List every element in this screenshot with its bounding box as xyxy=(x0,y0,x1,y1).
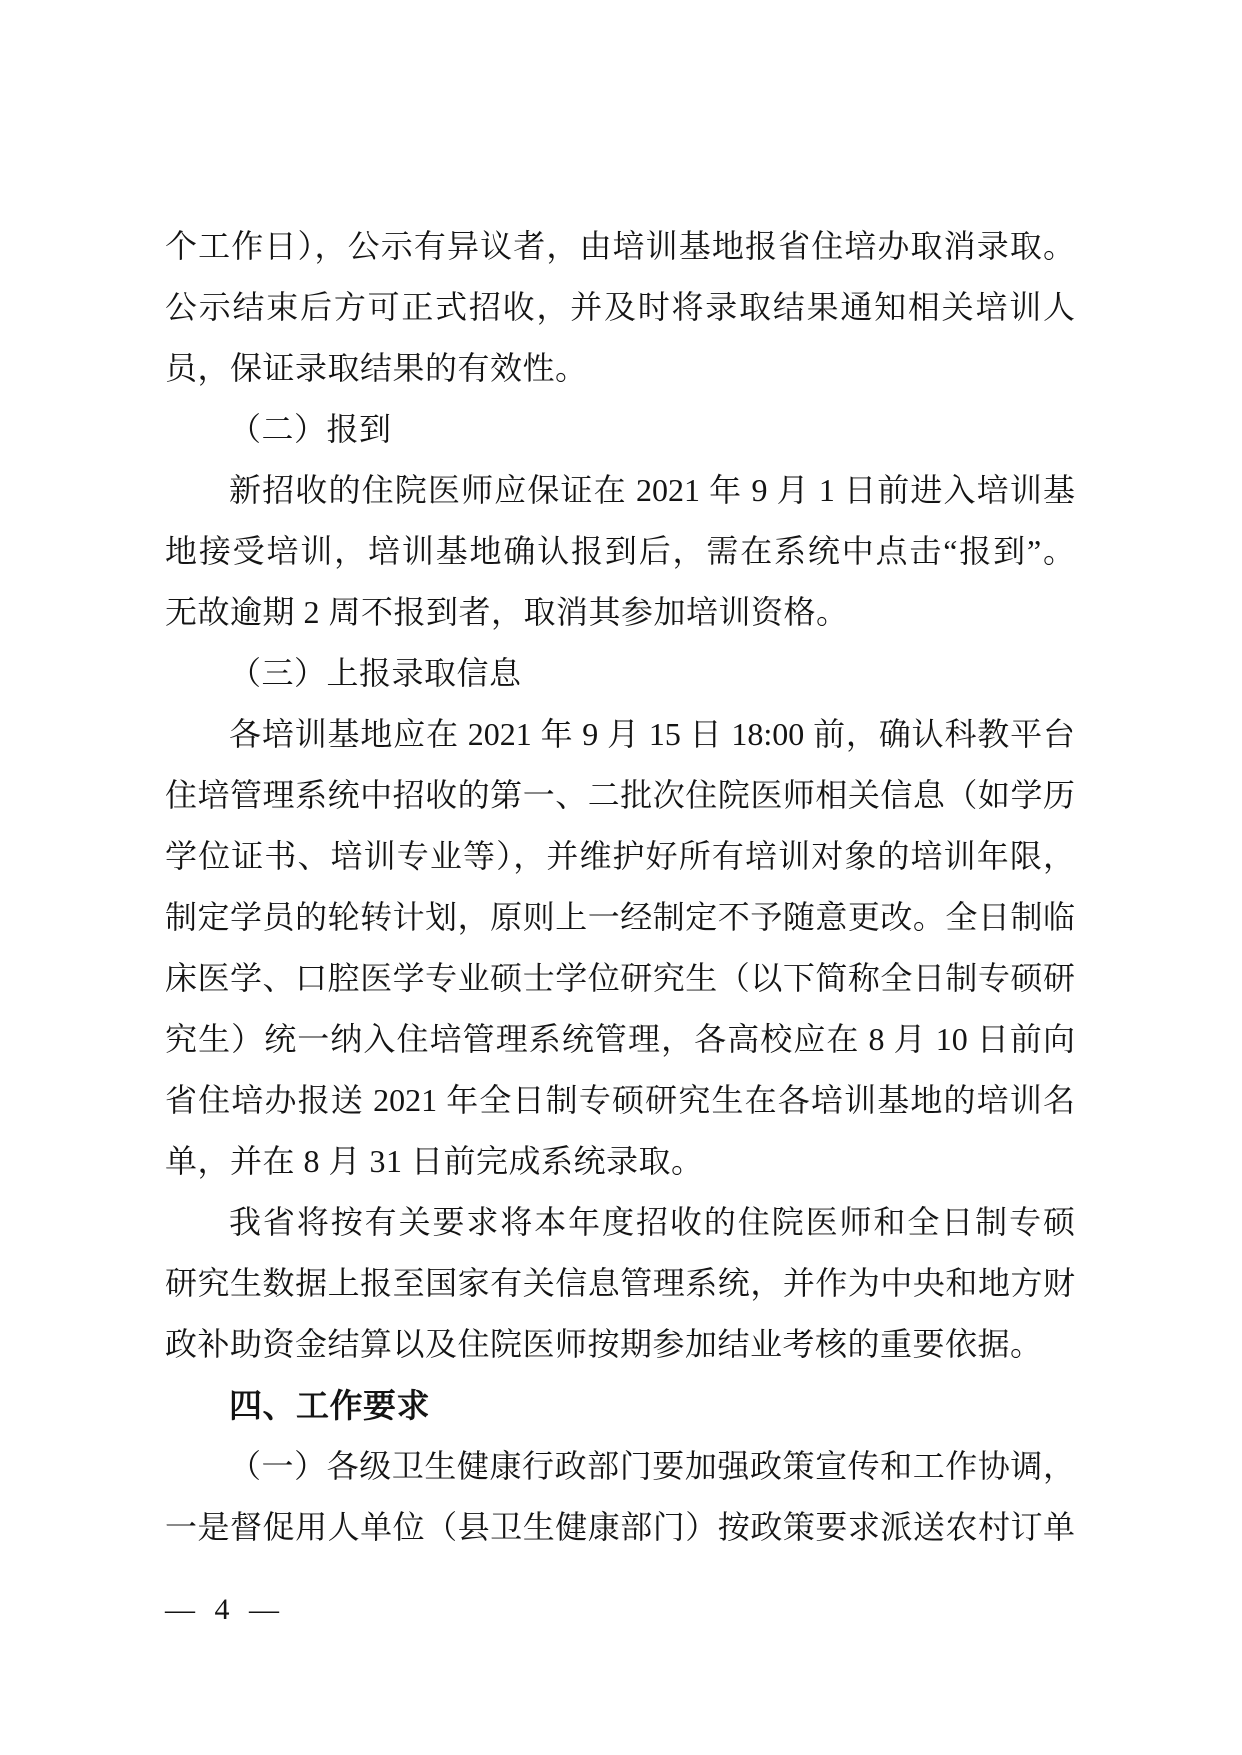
text-line: 新招收的住院医师应保证在 2021 年 9 月 1 日前进入培训基 xyxy=(165,460,1075,521)
document-page: 个工作日），公示有异议者，由培训基地报省住培办取消录取。 公示结束后方可正式招收… xyxy=(0,0,1242,1755)
section-heading-4: 四、工作要求 xyxy=(165,1375,1075,1436)
section-heading-2: （二）报到 xyxy=(165,399,1075,460)
page-number: — 4 — xyxy=(165,1585,281,1635)
text-line: （一）各级卫生健康行政部门要加强政策宣传和工作协调， xyxy=(165,1436,1075,1497)
text-line: 床医学、口腔医学专业硕士学位研究生（以下简称全日制专硕研 xyxy=(165,948,1075,1009)
text-line: 我省将按有关要求将本年度招收的住院医师和全日制专硕 xyxy=(165,1192,1075,1253)
text-line: 学位证书、培训专业等），并维护好所有培训对象的培训年限， xyxy=(165,826,1075,887)
document-body: 个工作日），公示有异议者，由培训基地报省住培办取消录取。 公示结束后方可正式招收… xyxy=(165,216,1075,1558)
text-line: 制定学员的轮转计划，原则上一经制定不予随意更改。全日制临 xyxy=(165,887,1075,948)
text-line: 地接受培训，培训基地确认报到后，需在系统中点击“报到”。 xyxy=(165,521,1075,582)
text-line: 单，并在 8 月 31 日前完成系统录取。 xyxy=(165,1131,1075,1192)
text-line: 究生）统一纳入住培管理系统管理，各高校应在 8 月 10 日前向 xyxy=(165,1009,1075,1070)
text-line: 一是督促用人单位（县卫生健康部门）按政策要求派送农村订单 xyxy=(165,1497,1075,1558)
text-line: 研究生数据上报至国家有关信息管理系统，并作为中央和地方财 xyxy=(165,1253,1075,1314)
text-line: 个工作日），公示有异议者，由培训基地报省住培办取消录取。 xyxy=(165,216,1075,277)
text-line: 政补助资金结算以及住院医师按期参加结业考核的重要依据。 xyxy=(165,1314,1075,1375)
text-line: 无故逾期 2 周不报到者，取消其参加培训资格。 xyxy=(165,582,1075,643)
text-line: 省住培办报送 2021 年全日制专硕研究生在各培训基地的培训名 xyxy=(165,1070,1075,1131)
text-line: 住培管理系统中招收的第一、二批次住院医师相关信息（如学历 xyxy=(165,765,1075,826)
text-line: 员，保证录取结果的有效性。 xyxy=(165,338,1075,399)
text-line: 各培训基地应在 2021 年 9 月 15 日 18:00 前，确认科教平台 xyxy=(165,704,1075,765)
section-heading-3: （三）上报录取信息 xyxy=(165,643,1075,704)
text-line: 公示结束后方可正式招收，并及时将录取结果通知相关培训人 xyxy=(165,277,1075,338)
